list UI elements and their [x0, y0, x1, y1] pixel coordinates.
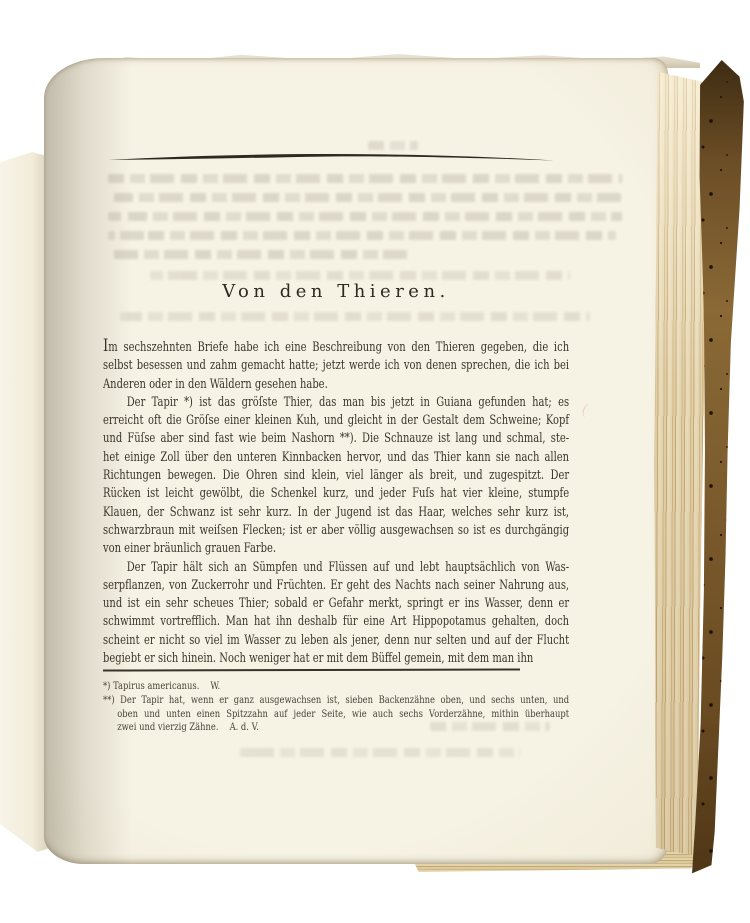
page-title: Von den Thieren. [103, 281, 569, 302]
body-line: und Füſse aber sind fast wie beim Nashor… [103, 429, 569, 447]
footnote-line: zwei und vierzig Zähne. A. d. V. [103, 721, 569, 735]
ornamental-rule [106, 149, 558, 165]
page-content: Von den Thieren. Im sechszehnten Briefe … [0, 0, 750, 923]
footnote-separator-rule [103, 668, 520, 671]
body-line: Klauen, der Schwanz ist sehr kurz. In de… [103, 503, 569, 521]
body-line: schwarzbraun mit weiſsen Flecken; ist er… [103, 521, 569, 539]
body-line: schwimmt vortrefflich. Man hat ihn desha… [103, 612, 569, 630]
body-line: Richtungen bewegen. Die Ohren sind klein… [103, 466, 569, 484]
book-photo: Von den Thieren. Im sechszehnten Briefe … [0, 0, 750, 923]
body-line: het einige Zoll über den unteren Kinnbac… [103, 448, 569, 466]
body-line: Im sechszehnten Briefe habe ich eine Bes… [103, 337, 569, 356]
footnote-line: oben und unten einen Spitzzahn auf jeder… [103, 708, 569, 722]
body-line: von einer bräunlich grauen Farbe. [103, 539, 569, 557]
footnote-line: **) Der Tapir hat, wenn er ganz ausgewac… [103, 694, 569, 708]
footnote-line: *) Tapirus americanus. W. [103, 680, 569, 694]
body-line: Rücken ist leicht gewölbt, die Schenkel … [103, 484, 569, 502]
body-line: und ist ein sehr scheues Thier; sobald e… [103, 594, 569, 612]
body-line: scheint er nicht so viel im Wasser zu le… [103, 631, 569, 649]
body-text: Im sechszehnten Briefe habe ich eine Bes… [103, 337, 569, 667]
footnotes: *) Tapirus americanus. W.**) Der Tapir h… [103, 680, 569, 735]
body-line: begiebt er sich hinein. Noch weniger hat… [103, 649, 569, 667]
body-line: Anderen oder in den Wäldern gesehen habe… [103, 375, 569, 393]
body-line: Der Tapir *) ist das gröſste Thier, das … [103, 393, 569, 411]
body-line: selbst besessen und zahm gemacht hatte; … [103, 356, 569, 374]
body-line: erreicht oft die Gröſse einer kleinen Ku… [103, 411, 569, 429]
body-line: serpflanzen, von Zuckerrohr und Früchten… [103, 576, 569, 594]
body-line: Der Tapir hält sich an Sümpfen und Flüss… [103, 558, 569, 576]
